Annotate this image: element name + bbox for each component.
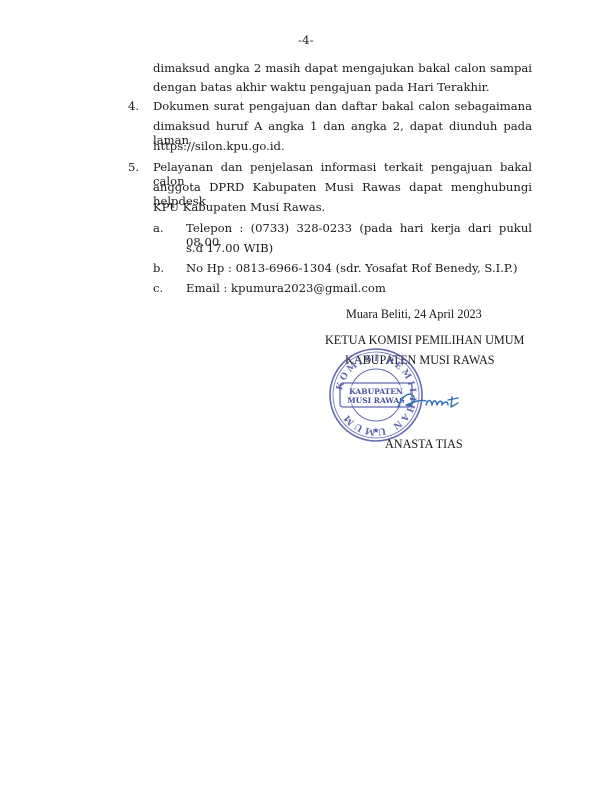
continuation-line-1: dimaksud angka 2 masih dapat mengajukan … [153,61,532,75]
item-5-line-3: KPU Kabupaten Musi Rawas. [153,200,325,214]
continuation-line-2: dengan batas akhir waktu pengajuan pada … [153,80,490,94]
subitem-b-line-1: No Hp : 0813-6966-1304 (sdr. Yosafat Rof… [186,261,518,275]
place-date: Muara Beliti, 24 April 2023 [346,307,482,321]
item-5-number: 5. [128,160,139,174]
page-number: -4- [0,33,612,47]
item-4-line-1: Dokumen surat pengajuan dan daftar bakal… [153,99,532,113]
subitem-c-email[interactable]: Email : kpumura2023@gmail.com [186,281,386,295]
subitem-c-letter: c. [153,281,163,295]
item-4-link[interactable]: https://silon.kpu.go.id. [153,139,285,153]
item-4-number: 4. [128,99,139,113]
document-page: -4- dimaksud angka 2 masih dapat mengaju… [0,0,612,792]
official-title-line-1: KETUA KOMISI PEMILIHAN UMUM [325,333,524,347]
signature-icon [396,385,468,417]
svg-text:★: ★ [372,426,379,435]
subitem-a-letter: a. [153,221,164,235]
stamp-inner-line-1: KABUPATEN [349,387,403,396]
official-name: ANASTA TIAS [385,437,463,451]
subitem-b-letter: b. [153,261,164,275]
subitem-a-line-2: s.d 17.00 WIB) [186,241,273,255]
